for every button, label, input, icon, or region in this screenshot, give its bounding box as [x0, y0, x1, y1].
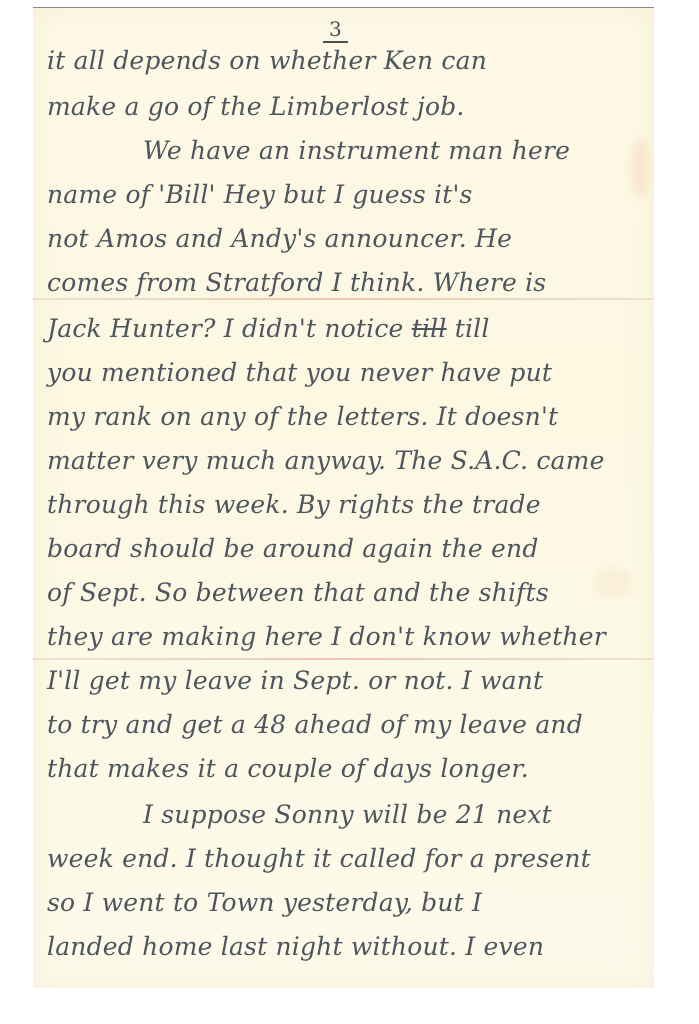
letter-line: my rank on any of the letters. It doesn'… — [47, 402, 558, 431]
letter-line: comes from Stratford I think. Where is — [47, 268, 546, 297]
letter-line: We have an instrument man here — [143, 136, 570, 165]
letter-page: 3 it all depends on whether Ken can make… — [33, 7, 654, 988]
letter-line: that makes it a couple of days longer. — [47, 754, 529, 783]
letter-line: Jack Hunter? I didn't notice till till — [47, 314, 490, 343]
letter-line: they are making here I don't know whethe… — [47, 622, 606, 651]
letter-line: I'll get my leave in Sept. or not. I wan… — [47, 666, 543, 695]
letter-line: you mentioned that you never have put — [47, 358, 552, 387]
letter-line-text: till — [455, 314, 490, 343]
letter-line: through this week. By rights the trade — [47, 490, 541, 519]
letter-line: it all depends on whether Ken can — [47, 46, 487, 75]
letter-line: so I went to Town yesterday, but I — [47, 888, 482, 917]
letter-line: board should be around again the end — [47, 534, 539, 563]
letter-line: landed home last night without. I even — [47, 932, 544, 961]
struck-word: till — [412, 314, 447, 343]
letter-line: not Amos and Andy's announcer. He — [47, 224, 512, 253]
letter-line: to try and get a 48 ahead of my leave an… — [47, 710, 583, 739]
letter-line: name of 'Bill' Hey but I guess it's — [47, 180, 473, 209]
letter-line: I suppose Sonny will be 21 next — [143, 800, 552, 829]
letter-line: week end. I thought it called for a pres… — [47, 844, 591, 873]
letter-line: matter very much anyway. The S.A.C. came — [47, 446, 605, 475]
letter-body: it all depends on whether Ken can make a… — [33, 8, 654, 988]
letter-line: make a go of the Limberlost job. — [47, 92, 465, 121]
letter-line-text: Jack Hunter? I didn't notice — [47, 314, 404, 343]
letter-line: of Sept. So between that and the shifts — [47, 578, 549, 607]
